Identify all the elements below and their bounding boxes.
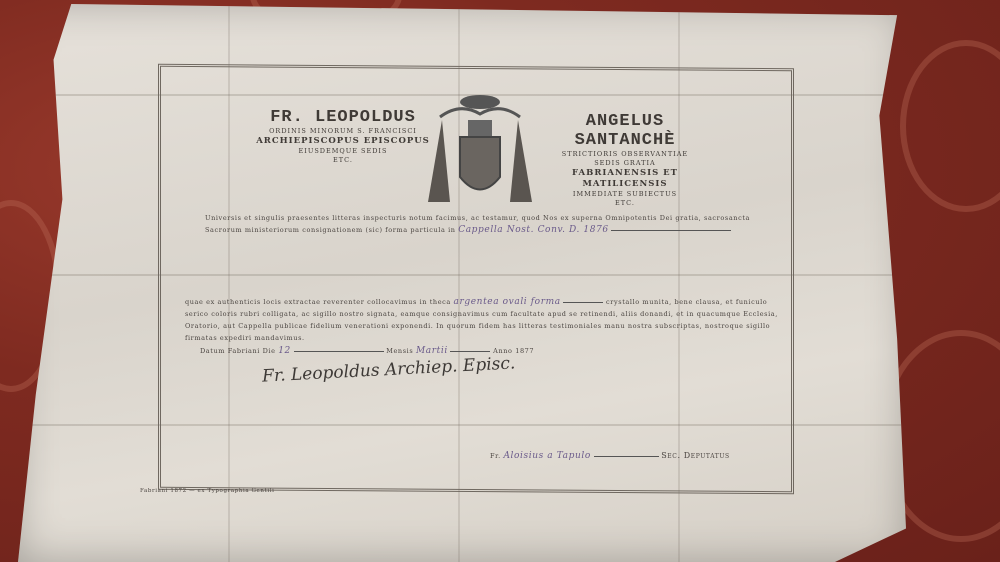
handwritten-reliquary: argentea ovali forma [454,297,561,307]
coat-of-arms-icon [420,92,540,207]
printer-imprint: Fabriani 1872 — ex Typographia Gentili [140,488,274,494]
header-right: ANGELUS SANTANCHÈ STRICTIORIS OBSERVANTI… [535,112,715,208]
paragraph-1: Universis et singulis praesentes littera… [205,212,765,236]
header-right-name: ANGELUS SANTANCHÈ [535,112,715,150]
handwritten-month: Martii [416,346,448,356]
handwritten-day: 12 [278,346,291,356]
secretary-line: Fr. Aloisius a Tapulo Sec. Deputatus [490,451,730,461]
paragraph-2: quae ex authenticis locis extractae reve… [185,296,785,344]
handwritten-location: Cappella Nost. Conv. D. 1876 [458,225,609,235]
header-left: FR. LEOPOLDUS ORDINIS MINORUM S. FRANCIS… [238,108,448,165]
secretary-signature: Aloisius a Tapulo [503,451,590,461]
damask-motif [900,40,1000,212]
header-left-name: FR. LEOPOLDUS [238,108,448,127]
